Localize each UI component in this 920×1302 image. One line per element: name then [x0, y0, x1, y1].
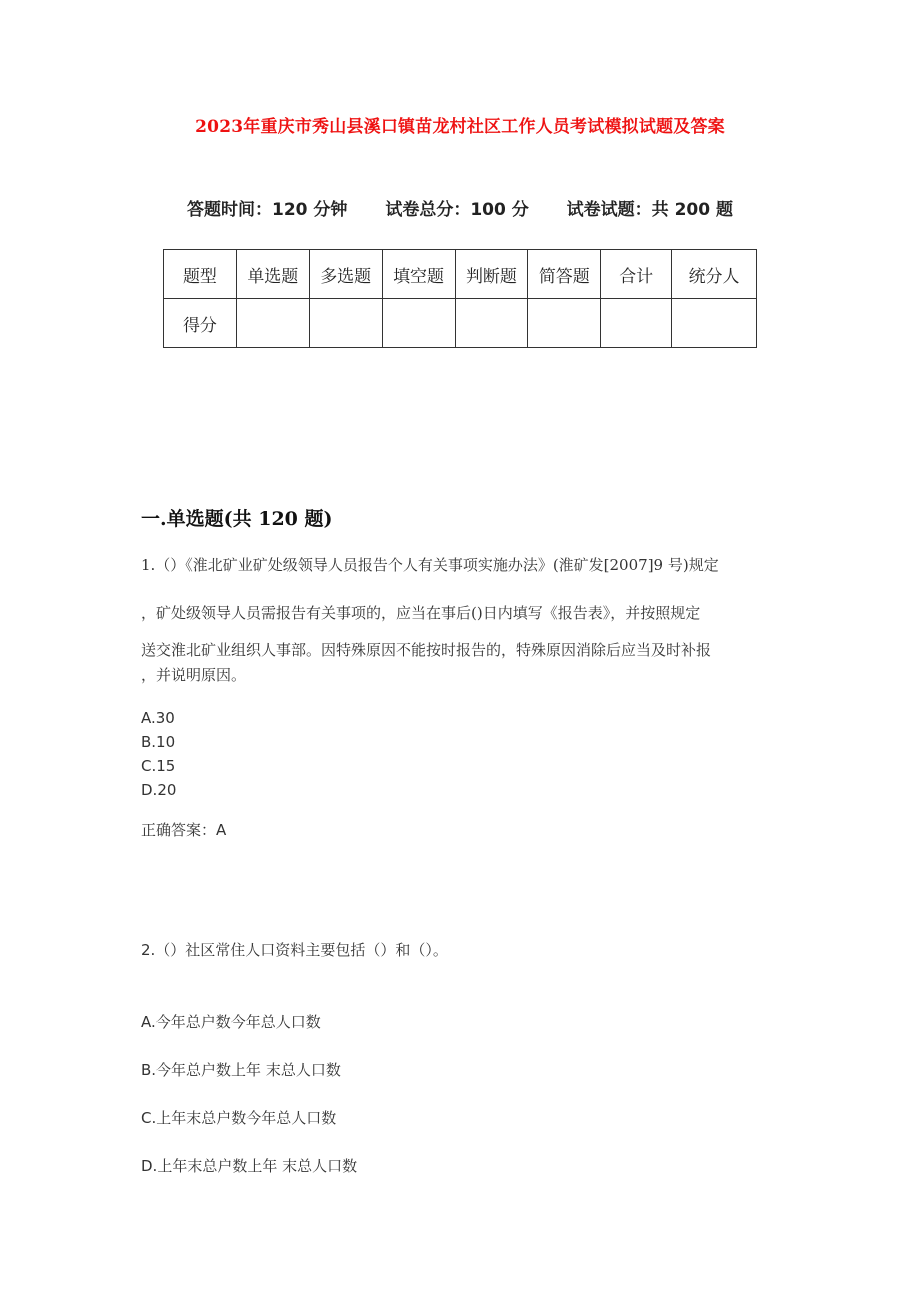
score-cell — [309, 299, 382, 348]
header-cell: 题型 — [164, 250, 237, 299]
document-title: 2023年重庆市秀山县溪口镇苗龙村社区工作人员考试模拟试题及答案 — [0, 112, 920, 137]
score-table-header-row: 题型 单选题 多选题 填空题 判断题 简答题 合计 统分人 — [164, 250, 757, 299]
question-2-option-b: B.今年总户数上年 末总人口数 — [141, 1059, 341, 1080]
exam-time: 答题时间：120 分钟 — [187, 200, 347, 220]
score-table: 题型 单选题 多选题 填空题 判断题 简答题 合计 统分人 得分 — [163, 249, 757, 348]
header-cell: 统分人 — [672, 250, 757, 299]
question-1-option-c: C.15 — [141, 757, 175, 775]
question-2-line-1: 2.（）社区常住人口资料主要包括（）和（）。 — [141, 939, 448, 960]
question-1-line-1: 1.（）《淮北矿业矿处级领导人员报告个人有关事项实施办法》(淮矿发[2007]9… — [141, 554, 719, 575]
header-cell: 多选题 — [309, 250, 382, 299]
header-cell: 判断题 — [455, 250, 528, 299]
question-2-option-c: C.上年末总户数今年总人口数 — [141, 1107, 336, 1128]
header-cell: 单选题 — [236, 250, 309, 299]
question-2-option-a: A.今年总户数今年总人口数 — [141, 1011, 321, 1032]
score-cell — [528, 299, 601, 348]
question-1-line-3: 送交淮北矿业组织人事部。因特殊原因不能按时报告的，特殊原因消除后应当及时补报 — [141, 639, 711, 660]
score-cell — [601, 299, 672, 348]
header-cell: 合计 — [601, 250, 672, 299]
question-1-answer: 正确答案：A — [141, 819, 226, 840]
row-label-cell: 得分 — [164, 299, 237, 348]
score-table-score-row: 得分 — [164, 299, 757, 348]
question-1-line-2: ，矿处级领导人员需报告有关事项的，应当在事后()日内填写《报告表》，并按照规定 — [141, 602, 700, 623]
question-2-option-d: D.上年末总户数上年 末总人口数 — [141, 1155, 357, 1176]
question-1-option-a: A.30 — [141, 709, 175, 727]
score-cell — [382, 299, 455, 348]
score-cell — [236, 299, 309, 348]
section-title: 一.单选题(共 120 题) — [141, 504, 333, 531]
header-cell: 填空题 — [382, 250, 455, 299]
exam-question-count: 试卷试题：共 200 题 — [567, 200, 733, 220]
exam-total-score: 试卷总分：100 分 — [385, 200, 528, 220]
exam-meta: 答题时间：120 分钟 试卷总分：100 分 试卷试题：共 200 题 — [0, 195, 920, 220]
score-cell — [455, 299, 528, 348]
question-1-option-d: D.20 — [141, 781, 176, 799]
question-1-option-b: B.10 — [141, 733, 175, 751]
score-cell — [672, 299, 757, 348]
header-cell: 简答题 — [528, 250, 601, 299]
question-1-line-4: ，并说明原因。 — [141, 664, 246, 685]
